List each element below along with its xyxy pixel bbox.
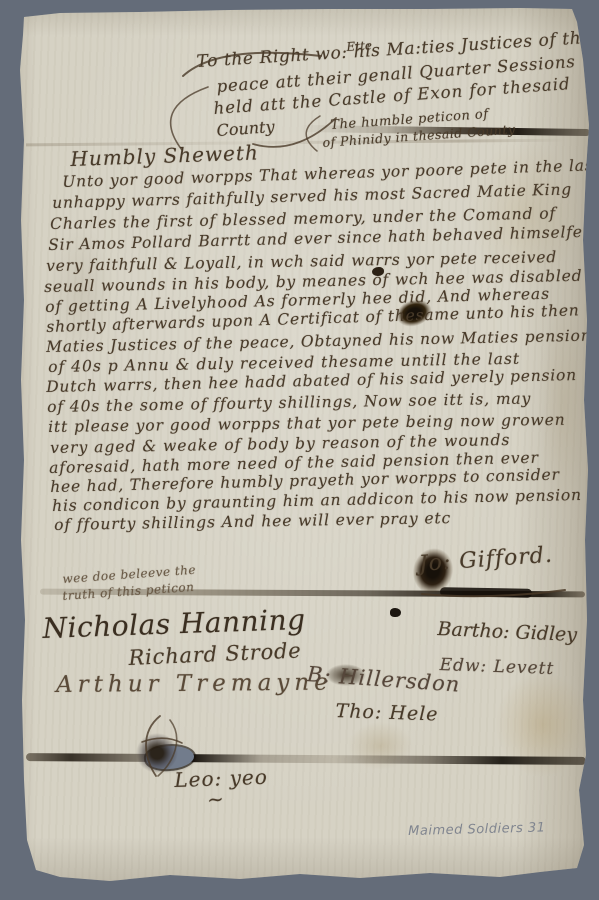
paper-hole xyxy=(390,608,401,617)
heading-line: County xyxy=(216,117,275,140)
salutation: Humbly Sheweth xyxy=(70,140,259,171)
subheading-brace xyxy=(294,112,324,154)
signature-hanning: Nicholas Hanning xyxy=(42,603,306,645)
photograph-background: Ette To the Right wo: his Ma:ties Justic… xyxy=(0,0,599,900)
signature-gidley: Bartho: Gidley xyxy=(437,618,577,646)
signature-yeo-flourish: ~ xyxy=(206,787,225,812)
archive-note: Maimed Soldiers 31 xyxy=(408,820,546,839)
signature-hele: Tho: Hele xyxy=(335,700,439,726)
signature-strode: Richard Strode xyxy=(128,638,302,670)
signature-tremayne: Arthur Tremayne xyxy=(56,670,333,698)
manuscript-paper: Ette To the Right wo: his Ma:ties Justic… xyxy=(0,0,599,900)
signature-gifford-underline xyxy=(420,586,570,600)
